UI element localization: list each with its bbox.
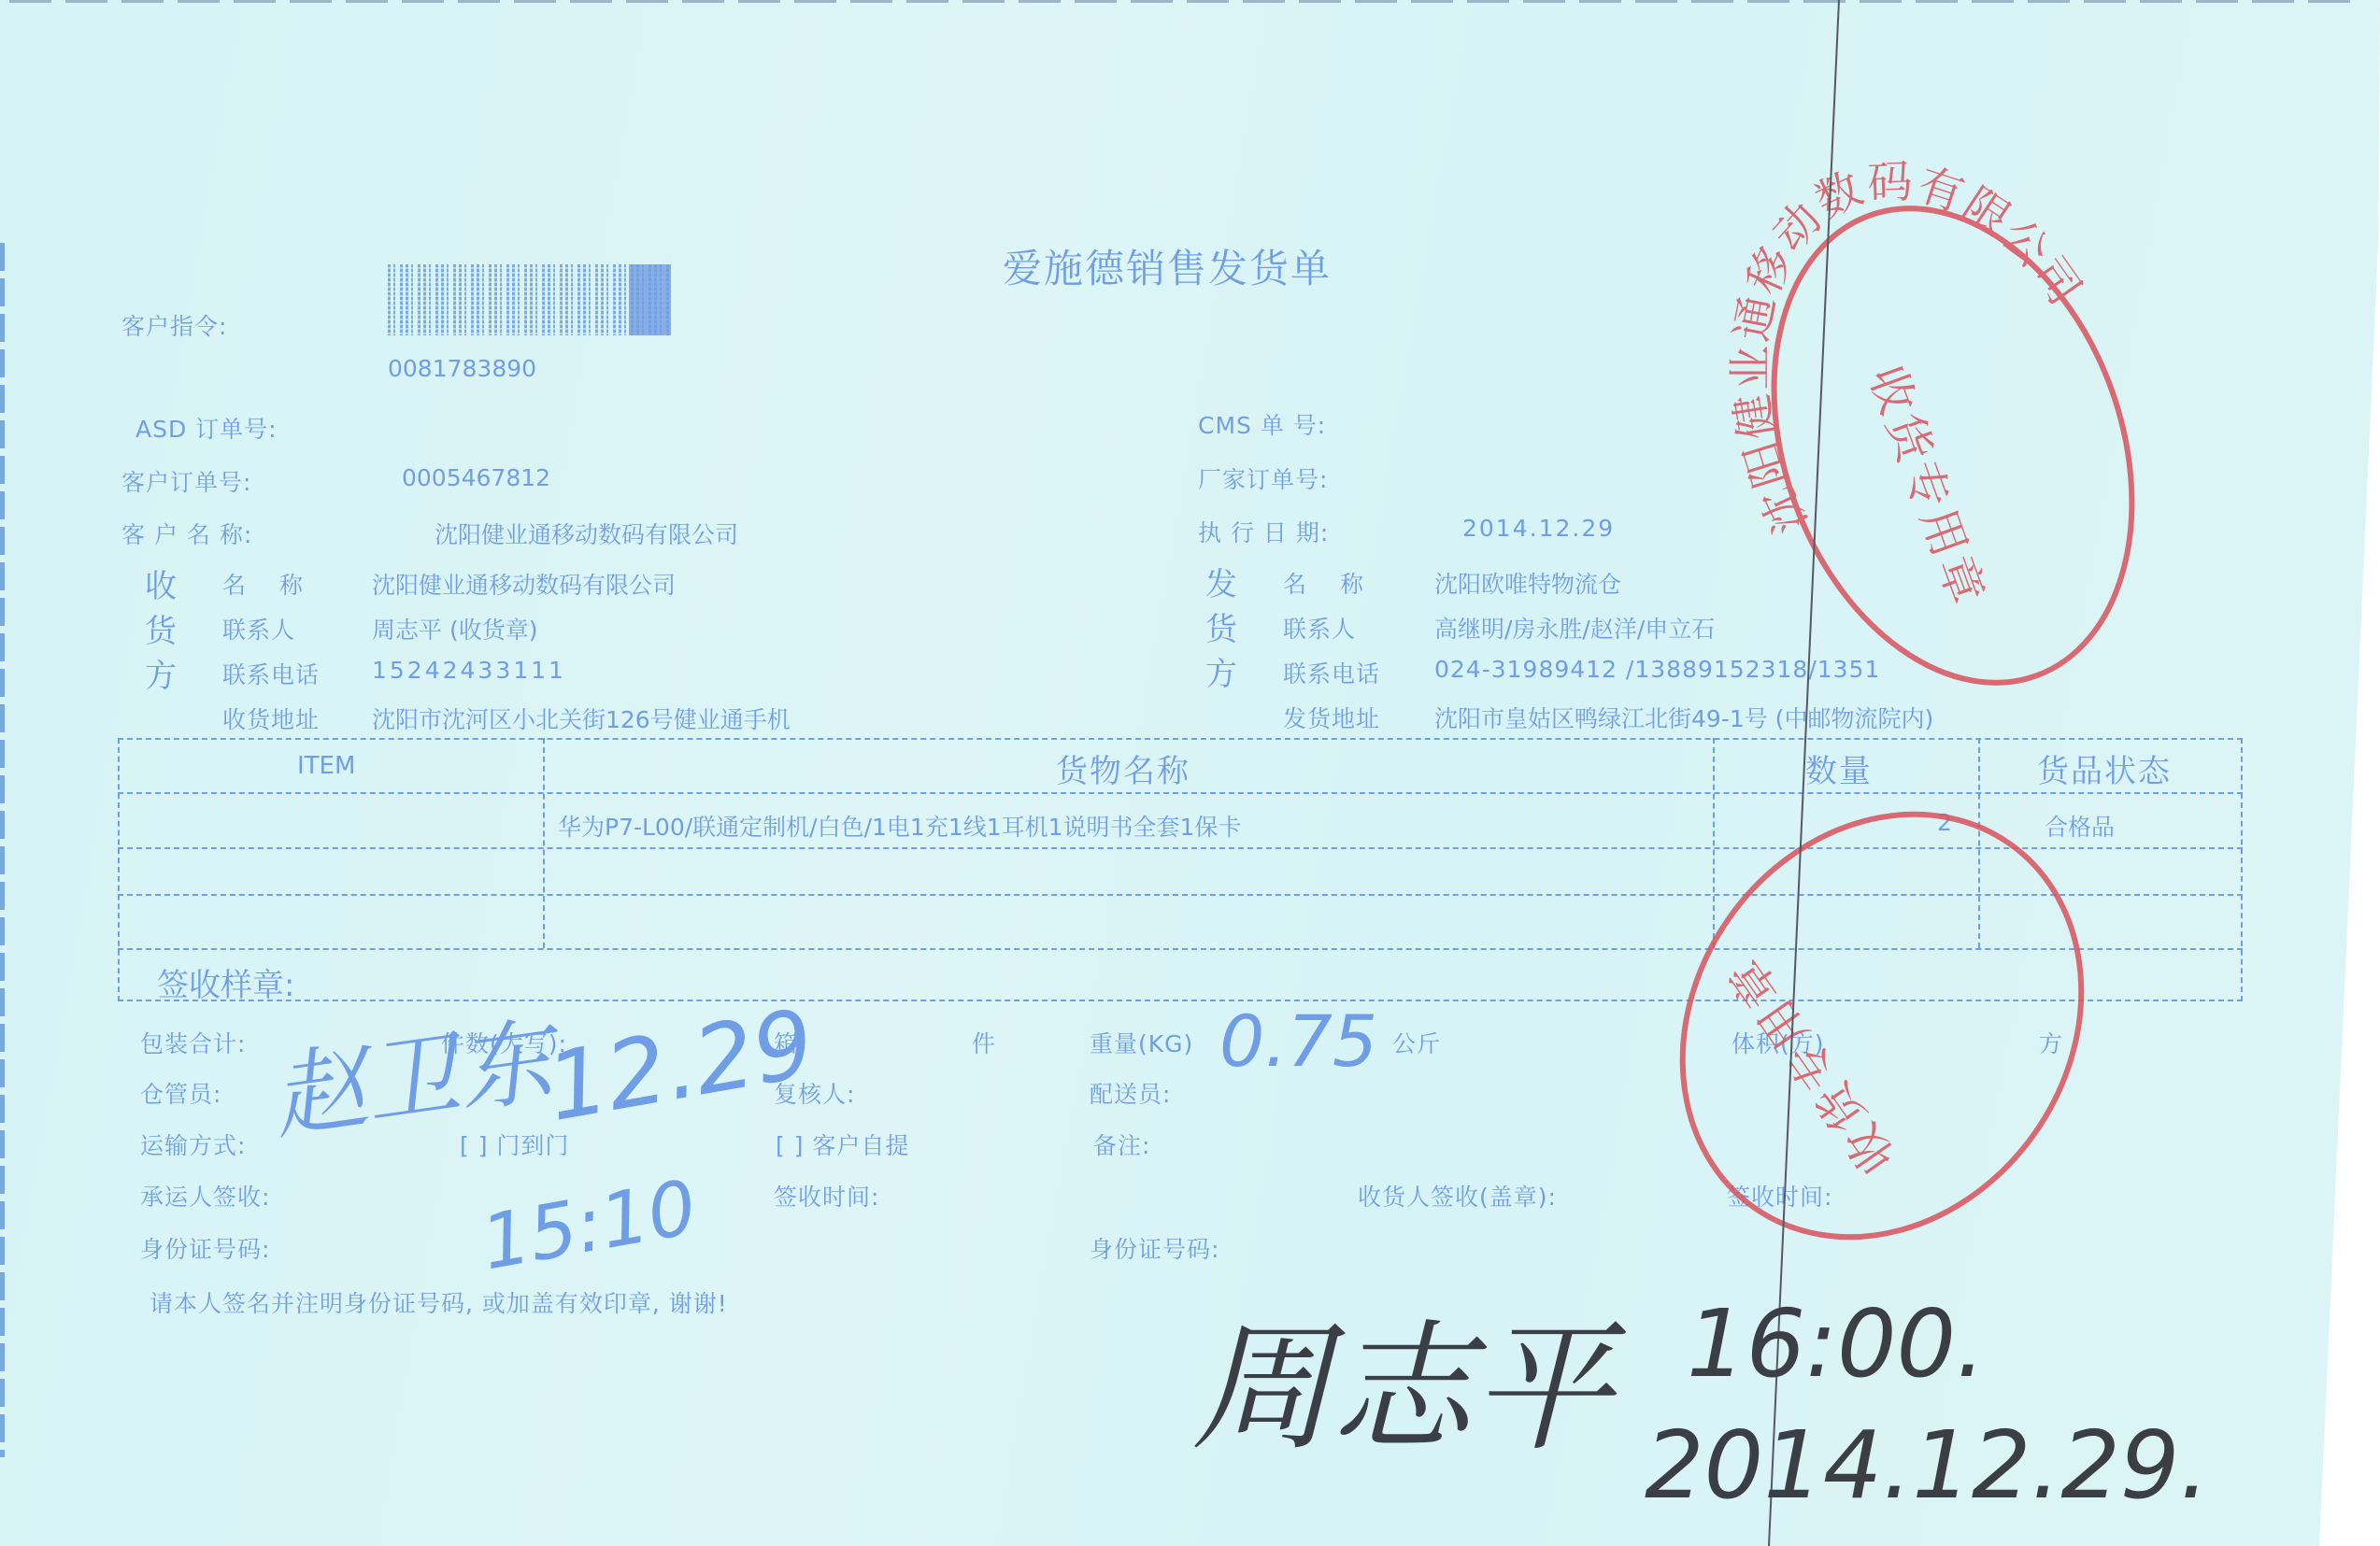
receiving-stamp-top: 沈阳健业通移动数码有限公司 收货专用章 <box>1711 156 2195 733</box>
document-title: 爱施德销售发货单 <box>1003 238 1332 294</box>
transport-mode-label: 运输方式: <box>140 1128 246 1161</box>
receiver-side-char-1: 收 <box>145 560 177 606</box>
consignee-sign-label: 收货人签收(盖章): <box>1358 1179 1557 1213</box>
table-col-divider <box>1713 738 1715 948</box>
table-header-goods-name: 货物名称 <box>1056 745 1190 791</box>
receiver-name-label: 名 称 <box>222 567 316 601</box>
sender-name-label: 名 称 <box>1283 566 1376 600</box>
execution-date-label: 执 行 日 期: <box>1198 515 1329 548</box>
weight-unit: 公斤 <box>1392 1026 1441 1059</box>
sender-address-label: 发货地址 <box>1283 701 1380 734</box>
id-number-label-2: 身份证号码: <box>1090 1231 1219 1265</box>
warehouse-keeper-label: 仓管员: <box>140 1076 221 1110</box>
sign-time-label: 签收时间: <box>774 1179 879 1213</box>
receiver-side-char-3: 方 <box>145 650 177 696</box>
row-quantity: 2 <box>1937 809 1952 836</box>
svg-text:沈阳健业通移动数码有限公司: 沈阳健业通移动数码有限公司 <box>1725 156 2092 542</box>
sender-address-value: 沈阳市皇姑区鸭绿江北街49-1号 (中邮物流院内) <box>1434 701 1933 734</box>
door-to-door-option: [ ] 门到门 <box>460 1128 569 1161</box>
left-perforation <box>0 243 5 1457</box>
table-header-status: 货品状态 <box>2037 745 2172 791</box>
id-number-label: 身份证号码: <box>140 1231 270 1265</box>
barcode <box>388 264 671 335</box>
delivery-note-paper: 爱施德销售发货单 客户指令: 0081783890 ASD 订单号: 客户订单号… <box>0 0 2380 1546</box>
receiver-address-label: 收货地址 <box>222 702 320 735</box>
package-total-label: 包装合计: <box>140 1026 246 1059</box>
customer-name-value: 沈阳健业通移动数码有限公司 <box>435 517 738 550</box>
sender-contact-value: 高继明/房永胜/赵洋/申立石 <box>1434 611 1715 645</box>
sender-phone-label: 联系电话 <box>1283 656 1380 689</box>
customer-order-label: 客户订单号: <box>121 464 251 498</box>
customer-name-label: 客 户 名 称: <box>121 517 252 550</box>
table-col-divider <box>543 738 545 948</box>
asd-order-label: ASD 订单号: <box>135 411 278 445</box>
handwritten-carrier-time: 15:10 <box>476 1164 703 1287</box>
volume-label: 体积(方) <box>1732 1026 1825 1059</box>
receiver-name-value: 沈阳健业通移动数码有限公司 <box>372 567 676 601</box>
handwritten-weight: 0.75 <box>1219 1000 1377 1083</box>
customer-instruction-value: 0081783890 <box>388 355 536 382</box>
carrier-sign-label: 承运人签收: <box>140 1179 270 1213</box>
table-header-divider <box>118 792 2243 794</box>
receiver-phone-value: 15242433111 <box>372 657 566 684</box>
handwritten-consignee-time: 16:00. <box>1687 1289 1986 1398</box>
vendor-order-label: 厂家订单号: <box>1198 461 1328 495</box>
stamp-inner-text: 收货专用章 <box>1859 359 1996 615</box>
receiver-phone-label: 联系电话 <box>222 657 320 690</box>
table-header-item: ITEM <box>297 752 355 780</box>
handwritten-keeper-date: 12.29 <box>539 988 821 1142</box>
table-row-divider <box>118 948 2243 950</box>
sign-time-label-2: 签收时间: <box>1727 1179 1832 1213</box>
receiver-side-char-2: 货 <box>145 605 177 651</box>
sender-side-char-2: 货 <box>1205 603 1237 649</box>
piece-label: 件 <box>972 1026 996 1059</box>
volume-unit: 方 <box>2039 1026 2063 1059</box>
sign-sample-label: 签收样章: <box>157 959 294 1005</box>
sender-name-value: 沈阳欧唯特物流仓 <box>1434 566 1621 600</box>
table-row-divider <box>118 894 2243 896</box>
customer-pickup-option: [ ] 客户自提 <box>776 1128 909 1161</box>
sender-side-char-3: 方 <box>1205 648 1237 694</box>
deliverer-label: 配送员: <box>1090 1076 1171 1110</box>
sender-contact-label: 联系人 <box>1283 611 1356 645</box>
row-status: 合格品 <box>2045 809 2115 843</box>
remarks-label: 备注: <box>1093 1128 1150 1161</box>
execution-date-value: 2014.12.29 <box>1462 515 1615 542</box>
signing-notice: 请本人签名并注明身份证号码, 或加盖有效印章, 谢谢! <box>150 1285 728 1319</box>
table-col-divider <box>1978 738 1980 948</box>
customer-order-value: 0005467812 <box>402 464 550 491</box>
handwritten-consignee-signature: 周志平 <box>1191 1275 1612 1477</box>
sender-side-char-1: 发 <box>1205 559 1237 604</box>
top-perforation <box>9 0 2364 3</box>
receiver-contact-label: 联系人 <box>222 612 295 645</box>
table-header-quantity: 数量 <box>1805 745 1873 791</box>
cms-no-label: CMS 单 号: <box>1198 407 1326 441</box>
receiver-contact-value: 周志平 (收货章) <box>372 612 537 645</box>
receiver-address-value: 沈阳市沈河区小北关街126号健业通手机 <box>372 702 791 735</box>
row-goods-name: 华为P7-L00/联通定制机/白色/1电1充1线1耳机1说明书全套1保卡 <box>558 809 1241 843</box>
table-row-divider <box>118 847 2243 849</box>
customer-instruction-label: 客户指令: <box>121 308 227 342</box>
sender-phone-value: 024-31989412 /13889152318/1351 <box>1434 656 1880 683</box>
handwritten-consignee-date: 2014.12.29. <box>1645 1411 2209 1520</box>
weight-label: 重量(KG) <box>1090 1026 1193 1059</box>
